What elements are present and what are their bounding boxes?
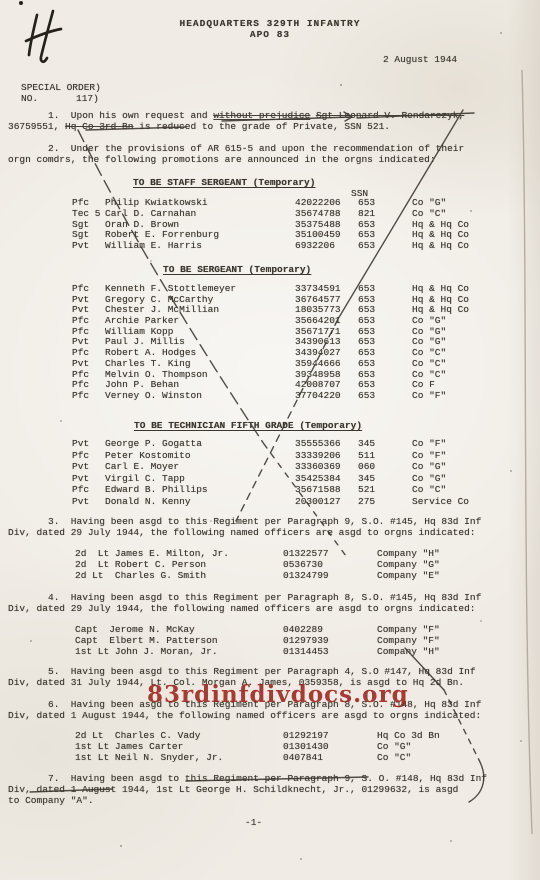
paragraph-3-line-1: 3. Having been asgd to this Regiment per… <box>8 516 540 527</box>
organization: Hq & Hq Co <box>412 283 469 294</box>
organization: Co "G" <box>412 197 446 208</box>
paragraph-4-line-2: Div, dated 29 July 1944, the following n… <box>8 603 540 614</box>
soldier-name: William E. Harris <box>105 240 202 251</box>
roster-row: PfcMelvin O. Thompson39348958653Co "C" <box>8 369 540 380</box>
staff-sergeant-roster: PfcPhilip Kwiatkowski42022206653Co "G" T… <box>8 197 540 251</box>
grade: Pvt <box>72 461 89 472</box>
soldier-name: Edward B. Phillips <box>105 484 208 495</box>
organization: Co "G" <box>412 326 446 337</box>
officer-assignment-list-2: Capt Jerome N. McKay0402289Company "F" C… <box>8 624 540 658</box>
army-serial-number: 34394027 <box>295 347 341 358</box>
army-serial-number: 35944666 <box>295 358 341 369</box>
organization: Co "G" <box>412 336 446 347</box>
army-serial-number: 34390613 <box>295 336 341 347</box>
roster-row: PvtGeorge P. Gogatta35555366345Co "F" <box>8 438 540 450</box>
roster-row: SgtRobert E. Forrenburg35100459653Hq & H… <box>8 229 540 240</box>
page-number: -1- <box>245 817 262 828</box>
order-number-value: 117) <box>76 93 99 104</box>
army-serial-number: 35664201 <box>295 315 341 326</box>
ssn-code: 653 <box>358 369 375 380</box>
ssn-code: 653 <box>358 229 375 240</box>
officer-serial: 01301430 <box>283 741 329 752</box>
organization: Co "G" <box>412 315 446 326</box>
officer-name: 1st Lt James Carter <box>75 741 183 752</box>
army-serial-number: 6932206 <box>295 240 335 251</box>
paragraph-6-line-2: Div, dated 1 August 1944, the following … <box>8 710 540 721</box>
army-serial-number: 42008707 <box>295 379 341 390</box>
army-serial-number: 37704220 <box>295 390 341 401</box>
soldier-name: Gregory C. McCarthy <box>105 294 213 305</box>
paragraph-1-rest: is reduced to the grade of Private, SSN … <box>133 121 390 132</box>
soldier-name: William Kopp <box>105 326 173 337</box>
paragraph-4: 4. Having been asgd to this Regiment per… <box>8 592 540 614</box>
roster-row: PvtDonald N. Kenny20300127275Service Co <box>8 496 540 508</box>
paragraph-2-line-1: 2. Under the provisions of AR 615-5 and … <box>8 143 540 154</box>
section-title-technician-fifth-grade: TO BE TECHNICIAN FIFTH GRADE (Temporary) <box>134 420 362 431</box>
roster-row: PfcJohn P. Behan42008707653Co F <box>8 379 540 390</box>
paragraph-3: 3. Having been asgd to this Regiment per… <box>8 516 540 538</box>
officer-name: 2d Lt Charles C. Vady <box>75 730 200 741</box>
roster-row: PfcVerney O. Winston37704220653Co "F" <box>8 390 540 401</box>
ssn-code: 653 <box>358 294 375 305</box>
grade: Pfc <box>72 326 89 337</box>
grade: Pfc <box>72 390 89 401</box>
grade: Pvt <box>72 294 89 305</box>
organization: Co "C" <box>412 347 446 358</box>
section-title-sergeant: TO BE SERGEANT (Temporary) <box>163 264 311 275</box>
organization: Co "G" <box>412 461 446 472</box>
organization: Hq & Hq Co <box>412 219 469 230</box>
document-title: HEADQUARTERS 329TH INFANTRY <box>0 18 540 29</box>
organization: Co "C" <box>412 208 446 219</box>
special-order-label: SPECIAL ORDER) <box>21 82 101 93</box>
paper-specks <box>0 0 2 2</box>
officer-serial: 01297939 <box>283 635 329 646</box>
paragraph-2-line-2: orgn comdrs, the following promotions ar… <box>8 154 540 165</box>
army-serial-number: 35555366 <box>295 438 341 449</box>
officer-name: 2d Lt James E. Milton, Jr. <box>75 548 229 559</box>
ssn-code: 345 <box>358 438 375 449</box>
soldier-name: Archie Parker <box>105 315 179 326</box>
organization: Co "C" <box>412 484 446 495</box>
organization: Service Co <box>412 496 469 507</box>
ssn-code: 653 <box>358 379 375 390</box>
roster-row: PvtCarl E. Moyer33360369060Co "G" <box>8 461 540 473</box>
officer-name: 2d Lt Robert C. Person <box>75 559 206 570</box>
officer-row: 1st Lt James Carter01301430Co "G" <box>8 741 540 752</box>
soldier-name: Verney O. Winston <box>105 390 202 401</box>
roster-row: PfcPeter Kostomito33339206511Co "F" <box>8 450 540 462</box>
grade: Pfc <box>72 450 89 461</box>
soldier-name: Carl E. Moyer <box>105 461 179 472</box>
roster-row: SgtOran D. Brown35375488653Hq & Hq Co <box>8 219 540 230</box>
paragraph-2: 2. Under the provisions of AR 615-5 and … <box>8 143 540 165</box>
army-serial-number: 20300127 <box>295 496 341 507</box>
paragraph-7-line-1: 7. Having been asgd to this Regiment per… <box>8 773 540 784</box>
paragraph-1-line-2: 36759551, Hq Co 3rd Bn is reduced to the… <box>8 121 540 132</box>
officer-serial: 0402289 <box>283 624 323 635</box>
army-serial-number: 35671771 <box>295 326 341 337</box>
army-serial-number: 35375488 <box>295 219 341 230</box>
ssn-code: 653 <box>358 283 375 294</box>
struck-phrase: without prejudice <box>213 110 310 121</box>
assigned-company: Company "H" <box>377 646 440 657</box>
soldier-name: John P. Behan <box>105 379 179 390</box>
grade: Pfc <box>72 379 89 390</box>
roster-row: PvtVirgil C. Tapp35425384345Co "G" <box>8 473 540 485</box>
grade: Pvt <box>72 358 89 369</box>
soldier-name: Paul J. Millis <box>105 336 185 347</box>
soldier-name: Robert E. Forrenburg <box>105 229 219 240</box>
paragraph-7: 7. Having been asgd to this Regiment per… <box>8 773 540 807</box>
roster-row: PvtCharles T. King35944666653Co "C" <box>8 358 540 369</box>
ssn-code: 060 <box>358 461 375 472</box>
ssn-code: 653 <box>358 390 375 401</box>
officer-row: Capt Jerome N. McKay0402289Company "F" <box>8 624 540 635</box>
army-serial-number: 33360369 <box>295 461 341 472</box>
paragraph-1-text: 1. Upon his own request and <box>48 110 213 121</box>
soldier-name: Peter Kostomito <box>105 450 191 461</box>
grade: Sgt <box>72 219 89 230</box>
officer-row: 1st Lt Neil N. Snyder, Jr.0407841Co "C" <box>8 752 540 763</box>
assigned-company: Company "F" <box>377 635 440 646</box>
soldier-name: Carl D. Carnahan <box>105 208 196 219</box>
officer-serial: 01292197 <box>283 730 329 741</box>
paragraph-1-line-1: 1. Upon his own request and without prej… <box>8 110 540 121</box>
soldier-name: Robert A. Hodges <box>105 347 196 358</box>
struck-unit: Hq Co 3rd Bn <box>65 121 133 132</box>
document-date: 2 August 1944 <box>383 54 457 65</box>
organization: Co F <box>412 379 435 390</box>
officer-row: 2d Lt Charles C. Vady01292197Hq Co 3d Bn <box>8 730 540 741</box>
ssn-code: 345 <box>358 473 375 484</box>
ssn-code: 653 <box>358 240 375 251</box>
paragraph-3-line-2: Div, dated 29 July 1944, the following n… <box>8 527 540 538</box>
grade: Pvt <box>72 473 89 484</box>
officer-row: 2d Lt Robert C. Person0536730Company "G" <box>8 559 540 570</box>
grade: Pfc <box>72 283 89 294</box>
assigned-company: Company "G" <box>377 559 440 570</box>
roster-row: PfcKenneth F. Stottlemeyer33734591653Hq … <box>8 283 540 294</box>
organization: Hq & Hq Co <box>412 304 469 315</box>
grade: Pfc <box>72 197 89 208</box>
soldier-name: Virgil C. Tapp <box>105 473 185 484</box>
ssn-code: 521 <box>358 484 375 495</box>
army-serial-number: 36764577 <box>295 294 341 305</box>
organization: Hq & Hq Co <box>412 229 469 240</box>
organization: Co "C" <box>412 369 446 380</box>
order-number-label: NO. <box>21 93 38 104</box>
section-title-staff-sergeant: TO BE STAFF SERGEANT (Temporary) <box>133 177 315 188</box>
serial-number: 36759551, <box>8 121 65 132</box>
roster-row: PfcEdward B. Phillips35671588521Co "C" <box>8 484 540 496</box>
assigned-company: Company "H" <box>377 548 440 559</box>
soldier-name: Charles T. King <box>105 358 191 369</box>
officer-name: 1st Lt Neil N. Snyder, Jr. <box>75 752 223 763</box>
soldier-name: Donald N. Kenny <box>105 496 191 507</box>
organization: Hq & Hq Co <box>412 294 469 305</box>
officer-row: 2d Lt James E. Milton, Jr.01322577Compan… <box>8 548 540 559</box>
army-serial-number: 35674788 <box>295 208 341 219</box>
officer-serial: 01314453 <box>283 646 329 657</box>
paragraph-5-line-1: 5. Having been asgd to this Regiment per… <box>8 666 540 677</box>
army-serial-number: 33734591 <box>295 283 341 294</box>
ssn-code: 653 <box>358 315 375 326</box>
army-serial-number: 39348958 <box>295 369 341 380</box>
assigned-company: Company "E" <box>377 570 440 581</box>
assigned-company: Hq Co 3d Bn <box>377 730 440 741</box>
officer-name: Capt Jerome N. McKay <box>75 624 195 635</box>
technician-roster: PvtGeorge P. Gogatta35555366345Co "F" Pf… <box>8 438 540 507</box>
ink-dot <box>19 1 23 5</box>
roster-row: PvtPaul J. Millis34390613653Co "G" <box>8 336 540 347</box>
ssn-code: 511 <box>358 450 375 461</box>
ssn-code: 653 <box>358 219 375 230</box>
officer-assignment-list-1: 2d Lt James E. Milton, Jr.01322577Compan… <box>8 548 540 582</box>
soldier-name: George P. Gogatta <box>105 438 202 449</box>
grade: Pvt <box>72 496 89 507</box>
grade: Pfc <box>72 315 89 326</box>
soldier-name: Melvin O. Thompson <box>105 369 208 380</box>
army-serial-number: 35100459 <box>295 229 341 240</box>
officer-serial: 0407841 <box>283 752 323 763</box>
assigned-company: Co "G" <box>377 741 411 752</box>
army-serial-number: 33339206 <box>295 450 341 461</box>
ssn-code: 653 <box>358 304 375 315</box>
ssn-code: 821 <box>358 208 375 219</box>
army-serial-number: 35425384 <box>295 473 341 484</box>
army-serial-number: 18035773 <box>295 304 341 315</box>
ssn-code: 653 <box>358 336 375 347</box>
document-subtitle-apo: APO 83 <box>0 29 540 40</box>
army-serial-number: 35671588 <box>295 484 341 495</box>
officer-serial: 01324799 <box>283 570 329 581</box>
assigned-company: Company "F" <box>377 624 440 635</box>
officer-name: Capt Elbert M. Patterson <box>75 635 218 646</box>
organization: Co "C" <box>412 358 446 369</box>
officer-serial: 01322577 <box>283 548 329 559</box>
officer-serial: 0536730 <box>283 559 323 570</box>
organization: Co "F" <box>412 390 446 401</box>
grade: Pvt <box>72 240 89 251</box>
organization: Co "F" <box>412 450 446 461</box>
grade: Tec 5 <box>72 208 101 219</box>
soldier-name: Kenneth F. Stottlemeyer <box>105 283 236 294</box>
grade: Pvt <box>72 336 89 347</box>
soldier-name: Philip Kwiatkowski <box>105 197 208 208</box>
roster-row: Tec 5Carl D. Carnahan35674788821Co "C" <box>8 208 540 219</box>
ssn-code: 653 <box>358 347 375 358</box>
roster-row: PfcRobert A. Hodges34394027653Co "C" <box>8 347 540 358</box>
roster-row: PvtGregory C. McCarthy36764577653Hq & Hq… <box>8 294 540 305</box>
grade: Pfc <box>72 484 89 495</box>
struck-name: Sgt Leonard V. Rendarczyk, <box>316 110 464 121</box>
roster-row: PfcPhilip Kwiatkowski42022206653Co "G" <box>8 197 540 208</box>
officer-name: 2d Lt Charles G. Smith <box>75 570 206 581</box>
grade: Pfc <box>72 369 89 380</box>
paragraph-7-line-2: Div, dated 1 August 1944, 1st Lt George … <box>8 784 540 795</box>
sergeant-roster: PfcKenneth F. Stottlemeyer33734591653Hq … <box>8 283 540 401</box>
organization: Hq & Hq Co <box>412 240 469 251</box>
watermark: 83rdinfdivdocs.org <box>147 683 409 706</box>
soldier-name: Oran D. Brown <box>105 219 179 230</box>
officer-row: 2d Lt Charles G. Smith01324799Company "E… <box>8 570 540 581</box>
officer-name: 1st Lt John J. Moran, Jr. <box>75 646 218 657</box>
roster-row: PfcWilliam Kopp35671771653Co "G" <box>8 326 540 337</box>
ssn-code: 275 <box>358 496 375 507</box>
roster-row: PvtChester J. McMillian18035773653Hq & H… <box>8 304 540 315</box>
ssn-code: 653 <box>358 326 375 337</box>
organization: Co "F" <box>412 438 446 449</box>
organization: Co "G" <box>412 473 446 484</box>
grade: Pfc <box>72 347 89 358</box>
paragraph-4-line-1: 4. Having been asgd to this Regiment per… <box>8 592 540 603</box>
ssn-code: 653 <box>358 358 375 369</box>
grade: Pvt <box>72 438 89 449</box>
roster-row: PfcArchie Parker35664201653Co "G" <box>8 315 540 326</box>
ssn-code: 653 <box>358 197 375 208</box>
army-serial-number: 42022206 <box>295 197 341 208</box>
assigned-company: Co "C" <box>377 752 411 763</box>
officer-row: Capt Elbert M. Patterson01297939Company … <box>8 635 540 646</box>
officer-assignment-list-3: 2d Lt Charles C. Vady01292197Hq Co 3d Bn… <box>8 730 540 764</box>
grade: Sgt <box>72 229 89 240</box>
paragraph-1: 1. Upon his own request and without prej… <box>8 110 540 132</box>
officer-row: 1st Lt John J. Moran, Jr.01314453Company… <box>8 646 540 657</box>
document-page: HEADQUARTERS 329TH INFANTRY APO 83 2 Aug… <box>0 0 540 880</box>
grade: Pvt <box>72 304 89 315</box>
roster-row: PvtWilliam E. Harris6932206653Hq & Hq Co <box>8 240 540 251</box>
soldier-name: Chester J. McMillian <box>105 304 219 315</box>
paragraph-7-line-3: to Company "A". <box>8 795 540 806</box>
